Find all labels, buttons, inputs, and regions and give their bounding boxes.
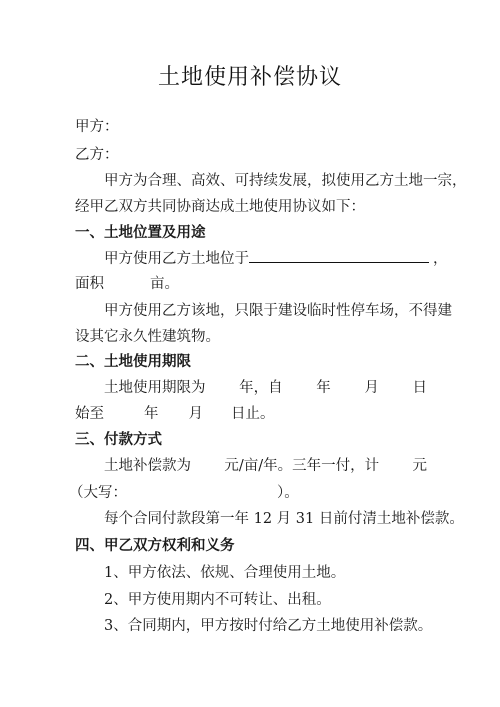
section-4-heading: 四、甲乙双方权利和义务 bbox=[75, 536, 427, 556]
section-1-area-line: 面积亩。 bbox=[75, 274, 427, 294]
period-years-from: 年，自 bbox=[239, 378, 283, 398]
payment-rate: 元/亩/年。三年一付，计 bbox=[224, 456, 379, 476]
document-title: 土地使用补偿协议 bbox=[0, 60, 500, 91]
location-suffix: ， bbox=[433, 251, 448, 267]
period-label: 土地使用期限为 bbox=[104, 378, 206, 398]
section-2-period-line-1: 土地使用期限为 年，自 年 月 日 bbox=[75, 378, 427, 398]
location-blank bbox=[249, 248, 429, 263]
section-2-heading: 二、土地使用期限 bbox=[75, 352, 427, 372]
intro-line-2: 经甲乙双方共同协商达成土地使用协议如下： bbox=[75, 197, 427, 217]
section-4-item-3: 3、合同期内，甲方按时付给乙方土地使用补偿款。 bbox=[75, 616, 427, 636]
area-unit: 亩。 bbox=[150, 276, 179, 292]
section-1-heading: 一、土地位置及用途 bbox=[75, 223, 427, 243]
capital-amount-label: （大写： bbox=[69, 485, 127, 501]
section-1-usage-line-1: 甲方使用乙方该地，只限于建设临时性停车场，不得建 bbox=[75, 301, 427, 321]
start-month: 月 bbox=[364, 378, 379, 398]
section-1-location-line: 甲方使用乙方土地位于， bbox=[75, 248, 427, 269]
end-day: 日止。 bbox=[231, 406, 275, 422]
payment-label: 土地补偿款为 bbox=[104, 456, 191, 476]
section-3-deadline: 每个合同付款段第一年 12 月 31 日前付清土地补偿款。 bbox=[75, 509, 427, 529]
document-page: 土地使用补偿协议 甲方： 乙方： 甲方为合理、高效、可持续发展，拟使用乙方土地一… bbox=[0, 0, 500, 707]
end-month: 月 bbox=[189, 406, 204, 422]
payment-total-unit: 元 bbox=[413, 456, 428, 476]
intro-line-1: 甲方为合理、高效、可持续发展，拟使用乙方土地一宗， bbox=[75, 171, 427, 191]
section-3-payment-line-1: 土地补偿款为 元/亩/年。三年一付，计 元 bbox=[75, 456, 427, 476]
start-day: 日 bbox=[413, 378, 428, 398]
section-2-period-line-2: 始至年月日止。 bbox=[75, 404, 427, 424]
section-3-heading: 三、付款方式 bbox=[75, 430, 427, 450]
section-4-item-1: 1、甲方依法、依规、合理使用土地。 bbox=[75, 563, 427, 583]
location-prefix: 甲方使用乙方土地位于 bbox=[104, 251, 249, 267]
end-year: 年 bbox=[144, 406, 159, 422]
section-1-usage-line-2: 设其它永久性建筑物。 bbox=[75, 327, 427, 347]
section-4-item-2: 2、甲方使用期内不可转让、出租。 bbox=[75, 590, 427, 610]
capital-amount-close: ）。 bbox=[277, 485, 299, 501]
start-year: 年 bbox=[316, 378, 331, 398]
party-b-label: 乙方： bbox=[75, 145, 427, 165]
section-3-payment-line-2: （大写：）。 bbox=[69, 483, 421, 503]
area-label: 面积 bbox=[75, 276, 104, 292]
end-label: 始至 bbox=[75, 406, 104, 422]
party-a-label: 甲方： bbox=[75, 117, 427, 137]
